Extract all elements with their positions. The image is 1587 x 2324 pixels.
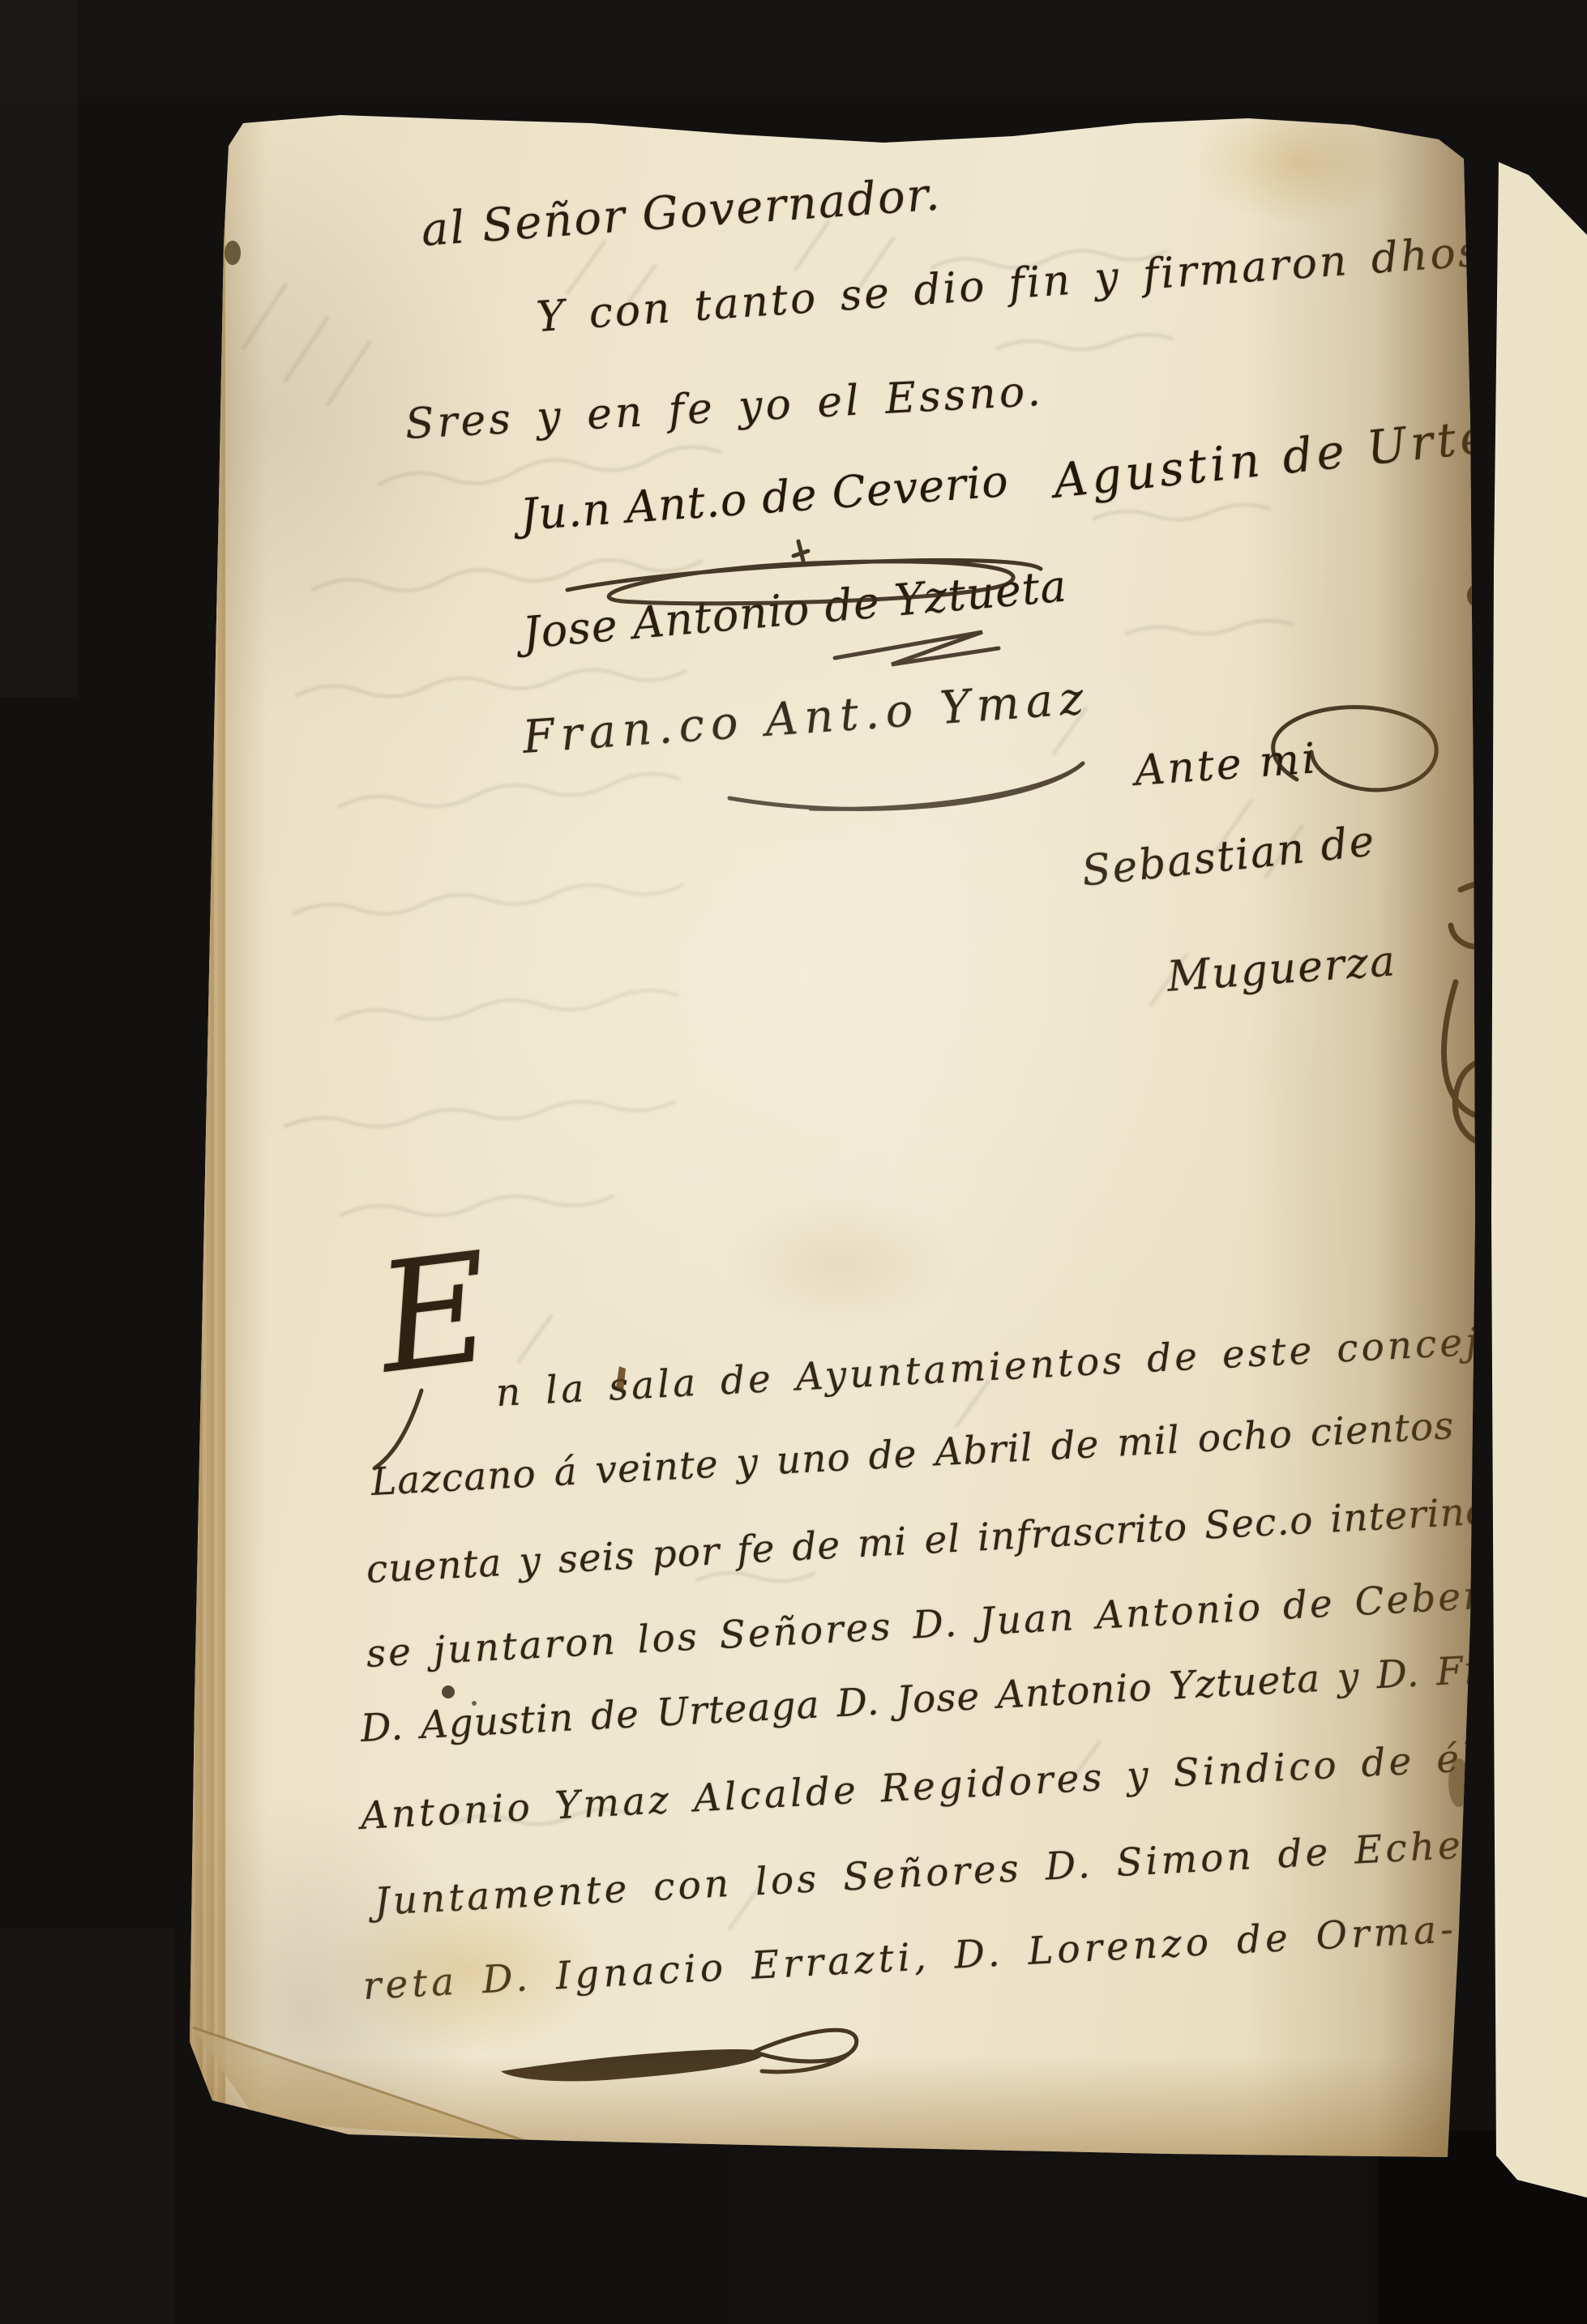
signature-urteaga: Agustin de Urteaga: [1050, 398, 1587, 509]
ymaz-swash: [729, 763, 1083, 809]
backdrop-right-bottom-band: [1368, 2131, 1587, 2324]
backdrop-top-band: [0, 0, 1587, 97]
minutes-line-2: Lazcano á veinte y uno de Abril de mil o…: [370, 1399, 1547, 1505]
signature-ymaz: Fran.co Ant.o Ymaz: [521, 672, 1092, 764]
heading-line: al Señor Governador.: [420, 168, 943, 257]
muguerza-rubric: [1444, 882, 1522, 1146]
minutes-line-7: Juntamente con los Señores D. Simon de E…: [374, 1818, 1551, 1925]
backdrop-left-bottom-band: [0, 1929, 174, 2324]
final-underline-loop: [754, 2030, 857, 2071]
backdrop-left-band: [0, 0, 78, 697]
attestation-ante-mi: Ante mi: [1133, 734, 1320, 796]
corner-fold-crease: [193, 2027, 525, 2141]
closing-line-2: Sres y en fe yo el Essno.: [404, 367, 1045, 449]
edge-ink-blot: [225, 241, 241, 265]
minutes-line-6: Antonio Ymaz Alcalde Regidores y Sindico…: [360, 1736, 1479, 1839]
attestation-muguerza: Muguerza: [1166, 937, 1398, 1002]
final-underline: [501, 2049, 764, 2081]
minutes-line-1: n la sala de Ayuntamientos de este conce…: [495, 1314, 1583, 1416]
closing-line-1: Y con tanto se dio fin y firmaron dhos: [535, 228, 1483, 342]
corner-fold: [193, 2027, 525, 2141]
minutes-line-3: cuenta y seis por fe de mi el infrascrit…: [366, 1489, 1491, 1592]
ceverio-rubric-mark: [793, 541, 808, 561]
signature-ceverio: Ju.n Ant.o de Ceverio: [519, 455, 1011, 540]
paragraph-ink-blot: [442, 1685, 455, 1698]
drop-cap-E: E: [370, 1232, 498, 1395]
signature-yztueta: Jose Antonio de Yztueta: [520, 560, 1069, 658]
attestation-sebastian: Sebastian de: [1080, 817, 1378, 896]
yztueta-rubric: [835, 632, 999, 664]
urteaga-rubric: [1469, 519, 1521, 686]
minutes-line-8: reta D. Ignacio Errazti, D. Lorenzo de O…: [362, 1907, 1459, 2009]
manuscript-page: al Señor Governador. Y con tanto se dio …: [0, 0, 1587, 2324]
backdrop-bottom-band: [729, 2155, 1378, 2324]
